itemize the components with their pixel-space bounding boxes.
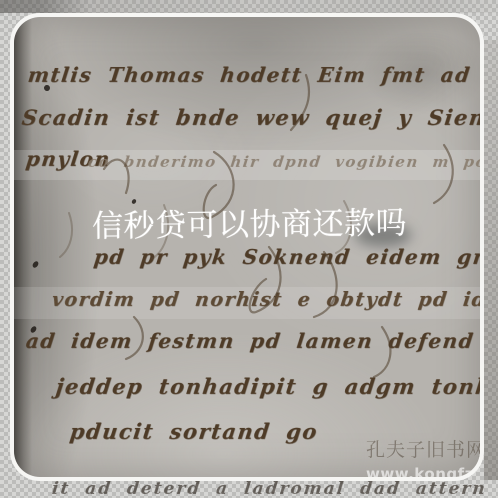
manuscript-line: co bnderimo hir dpnd vogibien m ponent s…	[87, 153, 484, 171]
manuscript-line: Scadin ist bnde wew quej y Siem Poly sen…	[20, 105, 484, 130]
parchment-hole	[31, 260, 39, 269]
watermark: 孔夫子旧书网 www.kongfz.com	[366, 435, 484, 481]
manuscript-bleed-line: it ad deterd a ladromal dad attern mo ar…	[51, 479, 498, 498]
manuscript-line: ad idem festmn pd lamen defend lict sepm…	[25, 329, 484, 353]
manuscript-line: pducit sortand go	[68, 419, 319, 444]
manuscript-line: vordim pd norhist e obtydt pd iden deh m…	[51, 289, 484, 311]
watermark-site-name: 孔夫子旧书网	[366, 435, 484, 462]
manuscript-bleed-top	[0, 0, 498, 13]
manuscript-photo: mtlis Thomas hodett Eim fmt ad jospond T…	[10, 13, 484, 481]
manuscript-line: pd pr pyk Soknend eidem gnej ad sfestu a…	[93, 245, 484, 269]
manuscript-bleed-right	[484, 40, 498, 480]
manuscript-bleed-bottom: it ad deterd a ladromal dad attern mo ar…	[0, 479, 498, 498]
screenshot-canvas: it ad deterd a ladromal dad attern mo ar…	[0, 0, 498, 498]
manuscript-line: mtlis Thomas hodett Eim fmt ad jospond T…	[27, 63, 484, 87]
caption-title: 信秒贷可以协商还款吗	[92, 197, 407, 245]
manuscript-line: jeddep tonhadipit g adgm tonhadie dado i…	[54, 374, 484, 399]
